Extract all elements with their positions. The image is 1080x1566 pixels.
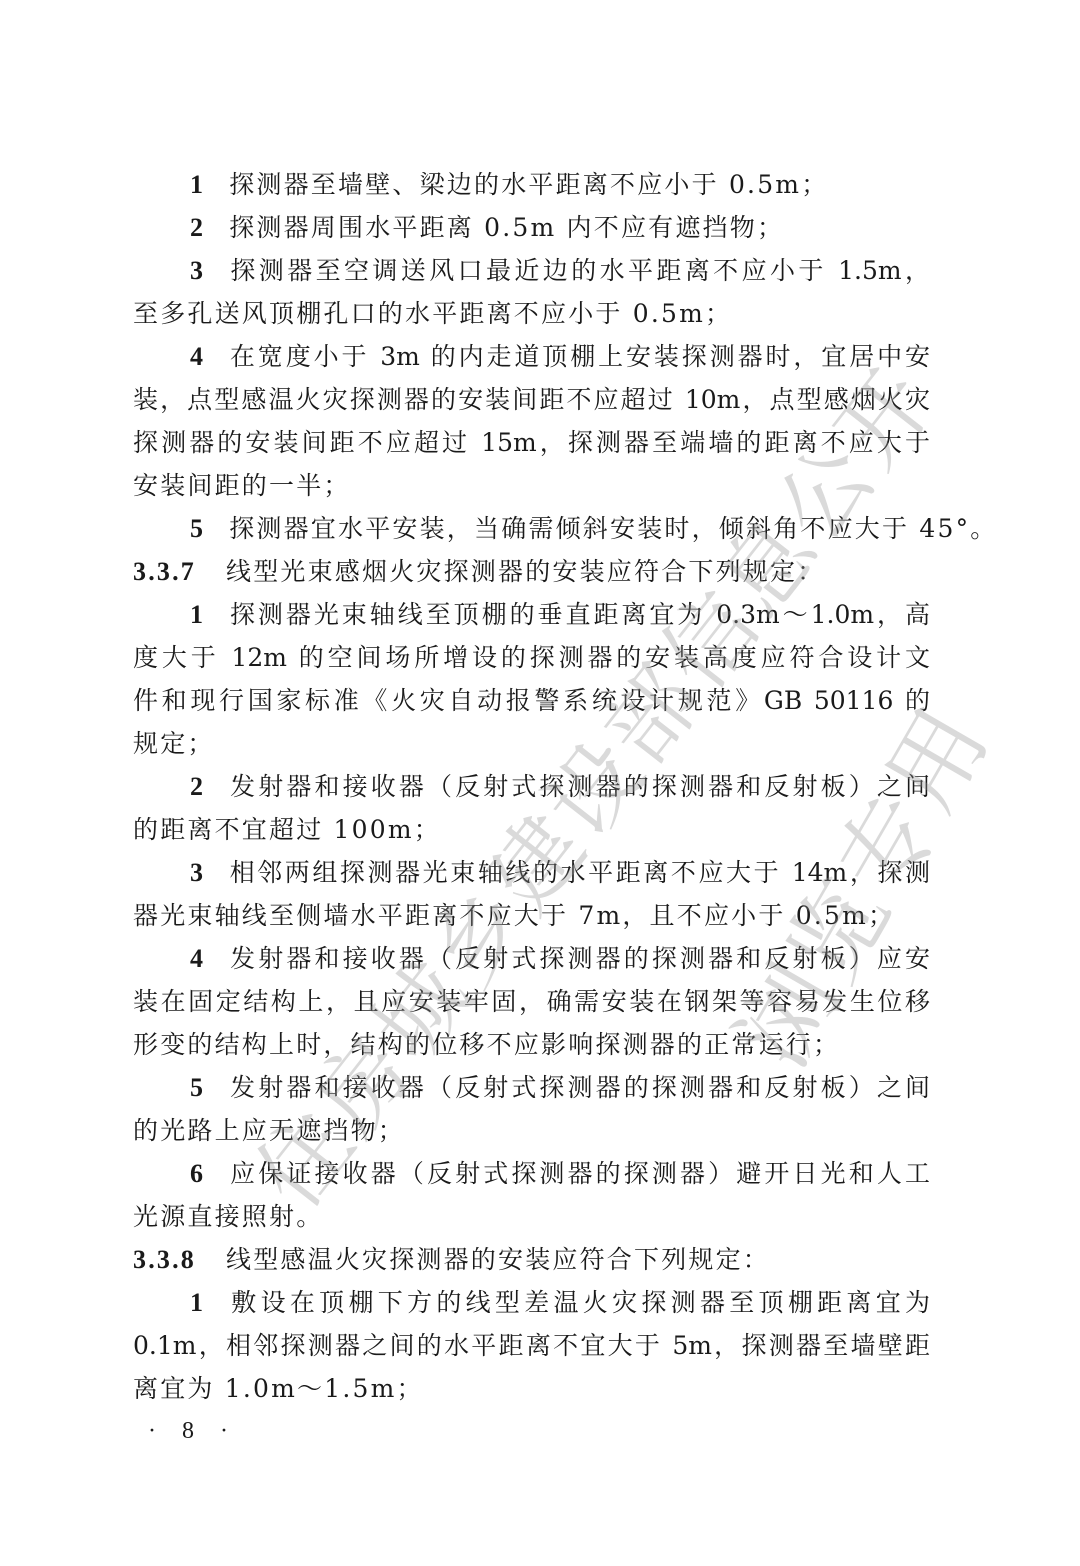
text-line: 光源直接照射。 [133, 1195, 930, 1238]
text-line: 装在固定结构上，且应安装牢固，确需安装在钢架等容易发生位移 [133, 980, 930, 1023]
line-text: 发射器和接收器（反射式探测器的探测器和反射板）之间 [227, 772, 930, 801]
item-number: 2 [190, 772, 203, 801]
list-item-start: 3相邻两组探测器光束轴线的水平距离不应大于 14m，探测 [133, 851, 930, 894]
line-text: 探测器至墙壁、梁边的水平距离不应小于 0.5m； [229, 170, 828, 199]
item-number: 5 [190, 514, 205, 543]
list-item-start: 5发射器和接收器（反射式探测器的探测器和反射板）之间 [133, 1066, 930, 1109]
item-number: 3 [190, 858, 203, 887]
list-item-start: 4发射器和接收器（反射式探测器的探测器和反射板）应安 [133, 937, 930, 980]
line-text: 安装间距的一半； [133, 471, 351, 500]
list-item-start: 5探测器宜水平安装，当确需倾斜安装时，倾斜角不应大于 45°。 [133, 507, 930, 550]
item-number: 1 [190, 1288, 203, 1317]
line-text: 的光路上应无遮挡物； [133, 1116, 405, 1145]
line-text: 应保证接收器（反射式探测器的探测器）避开日光和人工 [227, 1159, 930, 1188]
text-line: 0.1m，相邻探测器之间的水平距离不宜大于 5m，探测器至墙壁距 [133, 1324, 930, 1367]
line-text: 探测器周围水平距离 0.5m 内不应有遮挡物； [229, 213, 784, 242]
line-text: 发射器和接收器（反射式探测器的探测器和反射板）之间 [227, 1073, 930, 1102]
item-number: 2 [190, 213, 205, 242]
line-text: 线型光束感烟火灾探测器的安装应符合下列规定： [226, 557, 824, 586]
clause-number: 3.3.8 [133, 1245, 196, 1274]
text-line: 装，点型感温火灾探测器的安装间距不应超过 10m，点型感烟火灾 [133, 378, 930, 421]
page-number: · 8 · [148, 1418, 238, 1445]
list-item-start: 3探测器至空调送风口最近边的水平距离不应小于 1.5m， [133, 249, 930, 292]
item-number: 4 [190, 944, 203, 973]
text-line: 安装间距的一半； [133, 464, 930, 507]
list-item-start: 1探测器至墙壁、梁边的水平距离不应小于 0.5m； [133, 163, 930, 206]
line-text: 至多孔送风顶棚孔口的水平距离不应小于 0.5m； [133, 299, 732, 328]
text-line: 度大于 12m 的空间场所增设的探测器的安装高度应符合设计文 [133, 636, 930, 679]
text-line: 的光路上应无遮挡物； [133, 1109, 930, 1152]
clause-number: 3.3.7 [133, 557, 196, 586]
line-text: 线型感温火灾探测器的安装应符合下列规定： [226, 1245, 770, 1274]
text-line: 离宜为 1.0m～1.5m； [133, 1367, 930, 1410]
line-text: 件和现行国家标准《火灾自动报警系统设计规范》GB 50116 的 [133, 686, 930, 715]
list-item-start: 6应保证接收器（反射式探测器的探测器）避开日光和人工 [133, 1152, 930, 1195]
line-text: 器光束轴线至侧墙水平距离不应大于 7m，且不应小于 0.5m； [133, 901, 895, 930]
line-text: 相邻两组探测器光束轴线的水平距离不应大于 14m，探测 [227, 858, 930, 887]
line-text: 探测器的安装间距不应超过 15m，探测器至端墙的距离不应大于 [133, 428, 930, 457]
line-text: 敷设在顶棚下方的线型差温火灾探测器至顶棚距离宜为 [227, 1288, 930, 1317]
item-number: 1 [190, 170, 205, 199]
text-line: 规定； [133, 722, 930, 765]
line-text: 探测器至空调送风口最近边的水平距离不应小于 1.5m， [227, 256, 930, 285]
line-text: 装在固定结构上，且应安装牢固，确需安装在钢架等容易发生位移 [133, 987, 930, 1016]
line-text: 度大于 12m 的空间场所增设的探测器的安装高度应符合设计文 [133, 643, 930, 672]
item-number: 3 [190, 256, 203, 285]
text-line: 形变的结构上时，结构的位移不应影响探测器的正常运行； [133, 1023, 930, 1066]
line-text: 在宽度小于 3m 的内走道顶棚上安装探测器时，宜居中安 [227, 342, 930, 371]
line-text: 0.1m，相邻探测器之间的水平距离不宜大于 5m，探测器至墙壁距 [133, 1331, 930, 1360]
line-text: 规定； [133, 729, 215, 758]
line-text: 光源直接照射。 [133, 1202, 323, 1231]
item-number: 4 [190, 342, 203, 371]
line-text: 形变的结构上时，结构的位移不应影响探测器的正常运行； [133, 1030, 840, 1059]
clause-heading: 3.3.8线型感温火灾探测器的安装应符合下列规定： [133, 1238, 930, 1281]
item-number: 5 [190, 1073, 203, 1102]
item-number: 1 [190, 600, 203, 629]
text-line: 的距离不宜超过 100m； [133, 808, 930, 851]
line-text: 探测器光束轴线至顶棚的垂直距离宜为 0.3m～1.0m，高 [227, 600, 930, 629]
line-text: 探测器宜水平安装，当确需倾斜安装时，倾斜角不应大于 45°。 [229, 514, 997, 543]
clause-heading: 3.3.7线型光束感烟火灾探测器的安装应符合下列规定： [133, 550, 930, 593]
text-line: 件和现行国家标准《火灾自动报警系统设计规范》GB 50116 的 [133, 679, 930, 722]
line-text: 装，点型感温火灾探测器的安装间距不应超过 10m，点型感烟火灾 [133, 385, 930, 414]
line-text: 离宜为 1.0m～1.5m； [133, 1374, 424, 1403]
line-text: 发射器和接收器（反射式探测器的探测器和反射板）应安 [227, 944, 930, 973]
item-number: 6 [190, 1159, 203, 1188]
list-item-start: 1探测器光束轴线至顶棚的垂直距离宜为 0.3m～1.0m，高 [133, 593, 930, 636]
list-item-start: 2发射器和接收器（反射式探测器的探测器和反射板）之间 [133, 765, 930, 808]
list-item-start: 2探测器周围水平距离 0.5m 内不应有遮挡物； [133, 206, 930, 249]
list-item-start: 4在宽度小于 3m 的内走道顶棚上安装探测器时，宜居中安 [133, 335, 930, 378]
text-line: 探测器的安装间距不应超过 15m，探测器至端墙的距离不应大于 [133, 421, 930, 464]
line-text: 的距离不宜超过 100m； [133, 815, 441, 844]
list-item-start: 1敷设在顶棚下方的线型差温火灾探测器至顶棚距离宜为 [133, 1281, 930, 1324]
text-line: 器光束轴线至侧墙水平距离不应大于 7m，且不应小于 0.5m； [133, 894, 930, 937]
text-line: 至多孔送风顶棚孔口的水平距离不应小于 0.5m； [133, 292, 930, 335]
